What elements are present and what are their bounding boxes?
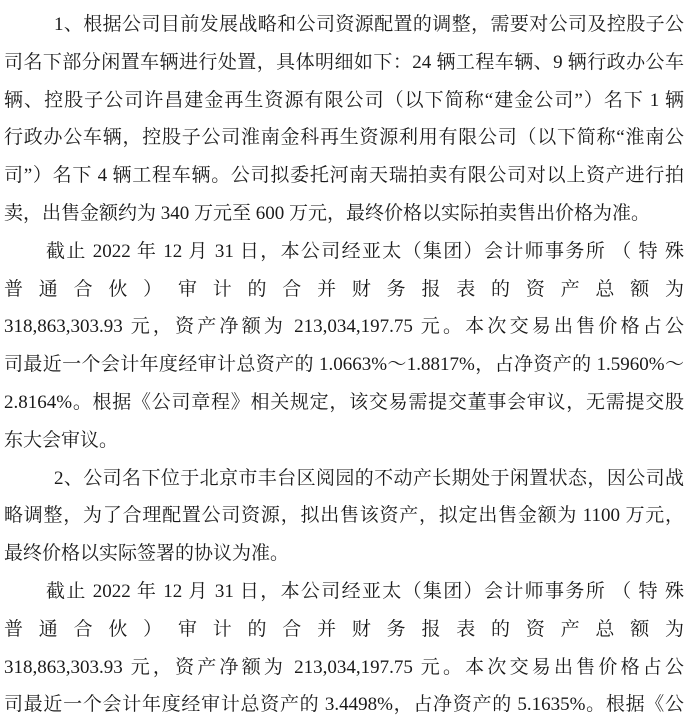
paragraph-line: 司名下部分闲置车辆进行处置，具体明细如下：24 辆工程车辆、9 辆行政办公车 (4, 44, 684, 82)
paragraph-line: 司最近一个会计年度经审计总资产的 3.4498%，占净资产的 5.1635%。根… (4, 686, 684, 718)
paragraph-4: 截止 2022 年 12 月 31 日，本公司经亚太（集团）会计师事务所 （ 特… (4, 573, 684, 718)
paragraph-line: 1、根据公司目前发展战略和公司资源配置的调整，需要对公司及控股子公 (4, 6, 684, 44)
paragraph-line: 318,863,303.93 元，资产净额为 213,034,197.75 元。… (4, 308, 684, 346)
paragraph-line: 最终价格以实际签署的协议为准。 (4, 535, 684, 573)
paragraph-line: 辆、控股子公司许昌建金再生资源有限公司（以下简称“建金公司”）名下 1 辆 (4, 82, 684, 120)
paragraph-line: 东大会审议。 (4, 422, 684, 460)
paragraph-3: 2、公司名下位于北京市丰台区阅园的不动产长期处于闲置状态，因公司战 略调整，为了… (4, 460, 684, 573)
paragraph-line: 行政办公车辆，控股子公司淮南金科再生资源利用有限公司（以下简称“淮南公 (4, 119, 684, 157)
paragraph-2: 截止 2022 年 12 月 31 日，本公司经亚太（集团）会计师事务所 （ 特… (4, 233, 684, 460)
paragraph-line: 截止 2022 年 12 月 31 日，本公司经亚太（集团）会计师事务所 （ 特… (4, 573, 684, 611)
paragraph-line: 司”）名下 4 辆工程车辆。公司拟委托河南天瑞拍卖有限公司对以上资产进行拍 (4, 157, 684, 195)
document-page: 1、根据公司目前发展战略和公司资源配置的调整，需要对公司及控股子公 司名下部分闲… (0, 0, 692, 718)
paragraph-line: 普 通 合 伙 ） 审 计 的 合 并 财 务 报 表 的 资 产 总 额 为 (4, 611, 684, 649)
paragraph-line: 卖，出售金额约为 340 万元至 600 万元，最终价格以实际拍卖售出价格为准。 (4, 195, 684, 233)
paragraph-line: 略调整，为了合理配置公司资源，拟出售该资产，拟定出售金额为 1100 万元， (4, 497, 684, 535)
paragraph-line: 截止 2022 年 12 月 31 日，本公司经亚太（集团）会计师事务所 （ 特… (4, 233, 684, 271)
paragraph-line: 318,863,303.93 元，资产净额为 213,034,197.75 元。… (4, 649, 684, 687)
paragraph-line: 2.8164%。根据《公司章程》相关规定，该交易需提交董事会审议，无需提交股 (4, 384, 684, 422)
paragraph-line: 普 通 合 伙 ） 审 计 的 合 并 财 务 报 表 的 资 产 总 额 为 (4, 271, 684, 309)
paragraph-line: 司最近一个会计年度经审计总资产的 1.0663%～1.8817%，占净资产的 1… (4, 346, 684, 384)
paragraph-1: 1、根据公司目前发展战略和公司资源配置的调整，需要对公司及控股子公 司名下部分闲… (4, 6, 684, 233)
paragraph-line: 2、公司名下位于北京市丰台区阅园的不动产长期处于闲置状态，因公司战 (4, 460, 684, 498)
